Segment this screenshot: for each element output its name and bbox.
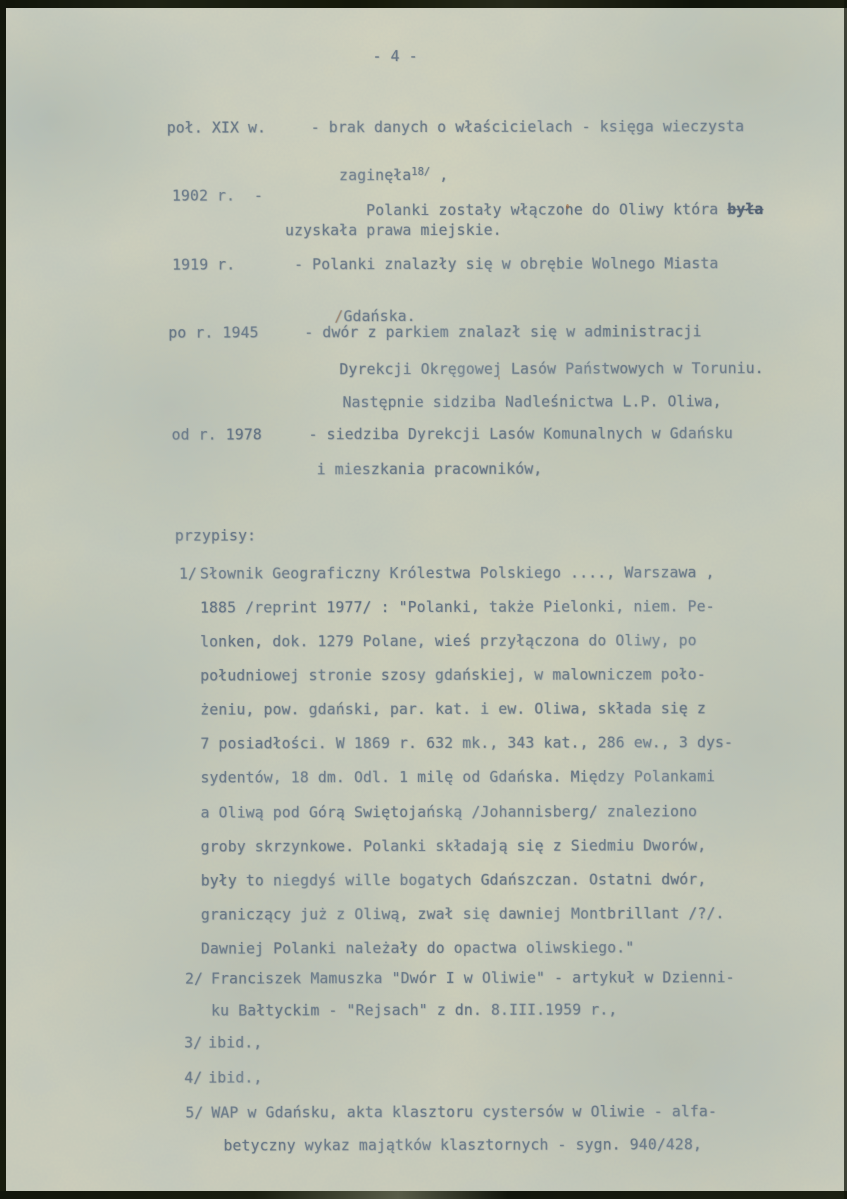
- timeline-term: 1919 r.: [172, 258, 235, 273]
- timeline-text-continuation: Dyrekcji Okręgowej Lasów Państwowych w T…: [339, 362, 763, 378]
- struck-out-word: była: [727, 201, 763, 218]
- footnote-line: groby skrzynkowe. Polanki składają się z…: [201, 839, 707, 855]
- footnote-line: graniczący już z Oliwą, zwał się dawniej…: [201, 907, 725, 923]
- footnote-number: 3/: [184, 1037, 202, 1052]
- footnote-number: 2/: [185, 973, 203, 988]
- timeline-text: - Polanki znalazły się w obrębie Wolnego…: [294, 257, 718, 273]
- footnote-line: były to niegdyś wille bogatych Gdańszcza…: [201, 873, 707, 889]
- page-number: - 4 -: [373, 50, 418, 65]
- timeline-dash: -: [254, 189, 263, 204]
- timeline-text-continuation: i mieszkania pracowników,: [317, 463, 543, 478]
- footnote-line: WAP w Gdańsku, akta klasztoru cystersów …: [211, 1105, 717, 1121]
- timeline-text: - brak danych o właścicielach - księga w…: [311, 120, 744, 136]
- footnote-line: ku Bałtyckim - "Rejsach" z dn. 8.III.195…: [211, 1003, 617, 1019]
- footnote-number: 5/: [185, 1107, 203, 1122]
- footnote-line: 7 posiadłości. W 1869 r. 632 mk., 343 ka…: [200, 736, 733, 752]
- footnote-line: Słownik Geograficzny Królestwa Polskiego…: [200, 566, 715, 582]
- timeline-word: zaginęła: [339, 167, 411, 184]
- timeline-text-continuation: uzyskała prawa miejskie.: [285, 224, 502, 239]
- footnote-line: ibid.,: [208, 1071, 262, 1086]
- timeline-term: po r. 1945: [168, 326, 258, 341]
- timeline-text-part: Polanki zostały włączone do Oliwy która: [366, 201, 727, 219]
- scanned-document-page: - 4 - poł. XIX w. - brak danych o właści…: [0, 0, 847, 1199]
- footnote-line: 1885 /reprint 1977/ : "Polanki, także Pi…: [200, 600, 715, 616]
- timeline-term: od r. 1978: [172, 428, 262, 443]
- timeline-text-continuation: Następnie sidziba Nadleśnictwa L.P. Oliw…: [342, 395, 721, 411]
- timeline-word-tail: ,: [430, 167, 448, 184]
- footnote-line: Dawniej Polanki należały do opactwa oliw…: [201, 941, 634, 957]
- typewritten-text-layer: - 4 - poł. XIX w. - brak danych o właści…: [0, 0, 847, 1199]
- footnote-line: Franciszek Mamuszka "Dwór I w Oliwie" - …: [211, 971, 735, 987]
- footnote-number: 1/: [179, 568, 197, 583]
- timeline-text: - dwór z parkiem znalazł się w administr…: [304, 325, 701, 341]
- footnote-line: sydentów, 18 dm. Odl. 1 milę od Gdańska.…: [200, 770, 715, 786]
- timeline-word: Gdańska.: [343, 308, 415, 325]
- footnote-number: 4/: [184, 1072, 202, 1087]
- timeline-term: 1902 r.: [172, 189, 235, 204]
- footnote-line: żeniu, pow. gdański, par. kat. i ew. Oli…: [200, 702, 706, 718]
- footnotes-heading: przypisy:: [175, 529, 256, 544]
- footnote-line: a Oliwą pod Górą Swiętojańską /Johannisb…: [201, 805, 698, 821]
- pen-slash-mark: /: [334, 308, 343, 325]
- footnote-line: lonken, dok. 1279 Polane, wieś przyłączo…: [200, 634, 697, 650]
- footnote-line: betyczny wykaz majątków klasztornych - s…: [223, 1138, 702, 1154]
- timeline-term: poł. XIX w.: [167, 121, 266, 136]
- timeline-text: - siedziba Dyrekcji Lasów Komunalnych w …: [309, 427, 733, 443]
- footnote-line: południowej stronie szosy gdańskiej, w m…: [200, 668, 706, 684]
- footnote-reference-superscript: 18/: [411, 166, 430, 178]
- footnote-line: ibid.,: [208, 1036, 262, 1051]
